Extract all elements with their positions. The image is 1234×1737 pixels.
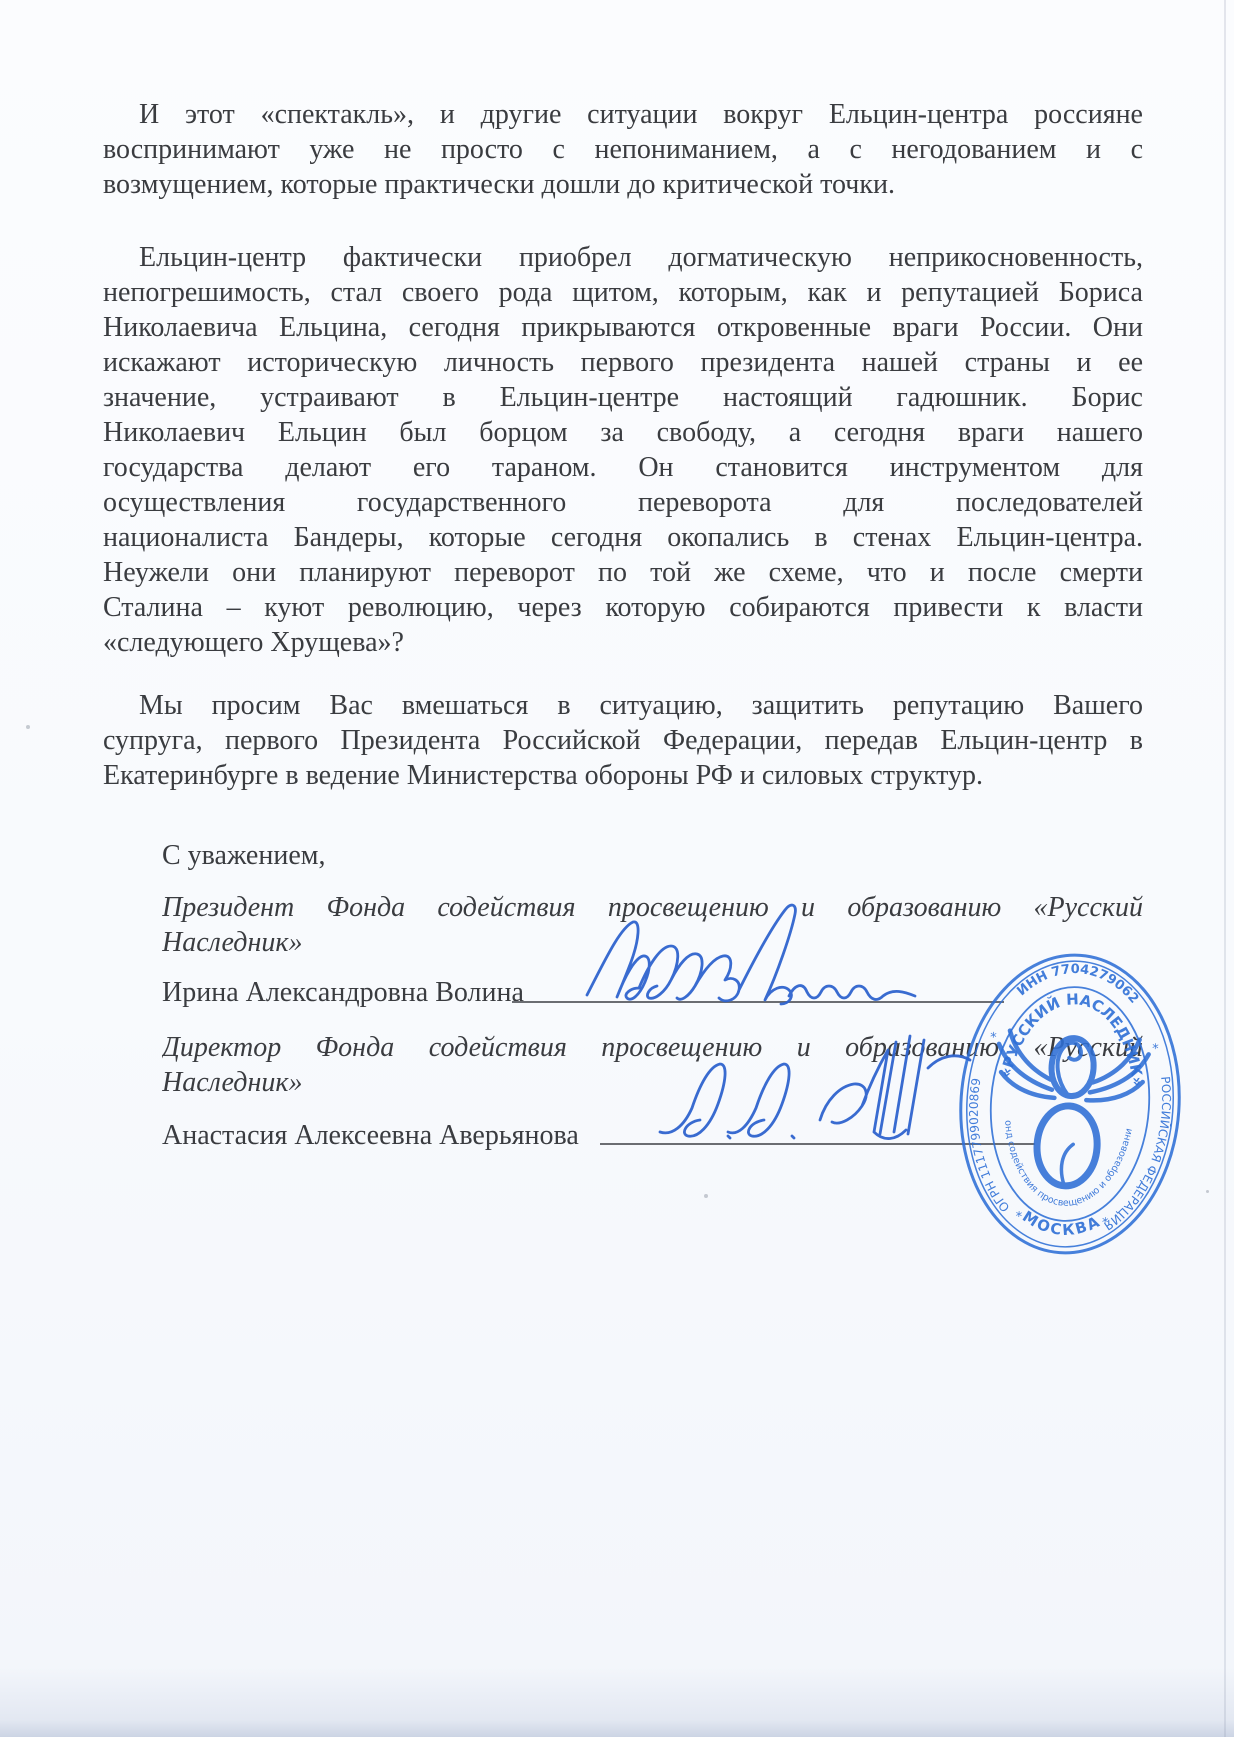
letter-paragraph: И этот «спектакль», и другие ситуации во… [103, 97, 1143, 202]
signer-name: Анастасия Алексеевна Аверьянова [162, 1118, 579, 1153]
text-line: Екатеринбурге в ведение Министерства обо… [103, 758, 1143, 793]
text-line: непогрешимость, стал своего рода щитом, … [103, 275, 1143, 310]
text-line: государства делают его тараном. Он стано… [103, 450, 1143, 485]
scan-speck [1206, 1190, 1209, 1193]
text-line: Неужели они планируют переворот по той ж… [103, 555, 1143, 590]
text-line: Николаевича Ельцина, сегодня прикрываютс… [103, 310, 1143, 345]
text-line: Мы просим Вас вмешаться в ситуацию, защи… [103, 688, 1143, 723]
svg-text:РОССИЙСКАЯ ФЕДЕРАЦИЯ: РОССИЙСКАЯ ФЕДЕРАЦИЯ [1100, 1072, 1176, 1237]
letter-paragraph: Мы просим Вас вмешаться в ситуацию, защи… [103, 688, 1143, 793]
text-line: супруга, первого Президента Российской Ф… [103, 723, 1143, 758]
scan-speck [26, 725, 30, 729]
stamp-country-text: РОССИЙСКАЯ ФЕДЕРАЦИЯ [1100, 1072, 1176, 1237]
text-line: воспринимают уже не просто с непонимание… [103, 132, 1143, 167]
letter-paragraph: Ельцин-центр фактически приобрел догмати… [103, 240, 1143, 660]
signer-name: Ирина Александровна Волина [162, 975, 524, 1010]
text-line: осуществления государственного переворот… [103, 485, 1143, 520]
scanned-letter-page: И этот «спектакль», и другие ситуации во… [0, 0, 1234, 1737]
signature-2 [640, 1020, 1000, 1150]
scan-speck [704, 1194, 708, 1198]
text-line: Николаевич Ельцин был борцом за свободу,… [103, 415, 1143, 450]
text-line: «следующего Хрущева»? [103, 625, 1143, 660]
stamp-separator-star: * [1151, 1042, 1159, 1057]
text-line: И этот «спектакль», и другие ситуации во… [103, 97, 1143, 132]
text-line: Ельцин-центр фактически приобрел догмати… [103, 240, 1143, 275]
svg-text:МОСКВА: МОСКВА [1018, 1207, 1105, 1242]
closing-text: С уважением, [162, 838, 1143, 873]
closing-salutation: С уважением, [162, 838, 1143, 873]
scan-edge-line [1224, 0, 1226, 1737]
text-line: Сталина – куют революцию, через которую … [103, 590, 1143, 625]
text-line: националиста Бандеры, которые сегодня ок… [103, 520, 1143, 555]
stamp-city-text: МОСКВА [1018, 1207, 1105, 1242]
signature-1 [575, 900, 925, 1010]
text-line: значение, устраивают в Ельцин-центре нас… [103, 380, 1143, 415]
text-line: искажают историческую личность первого п… [103, 345, 1143, 380]
text-line: возмущением, которые практически дошли д… [103, 167, 1143, 202]
